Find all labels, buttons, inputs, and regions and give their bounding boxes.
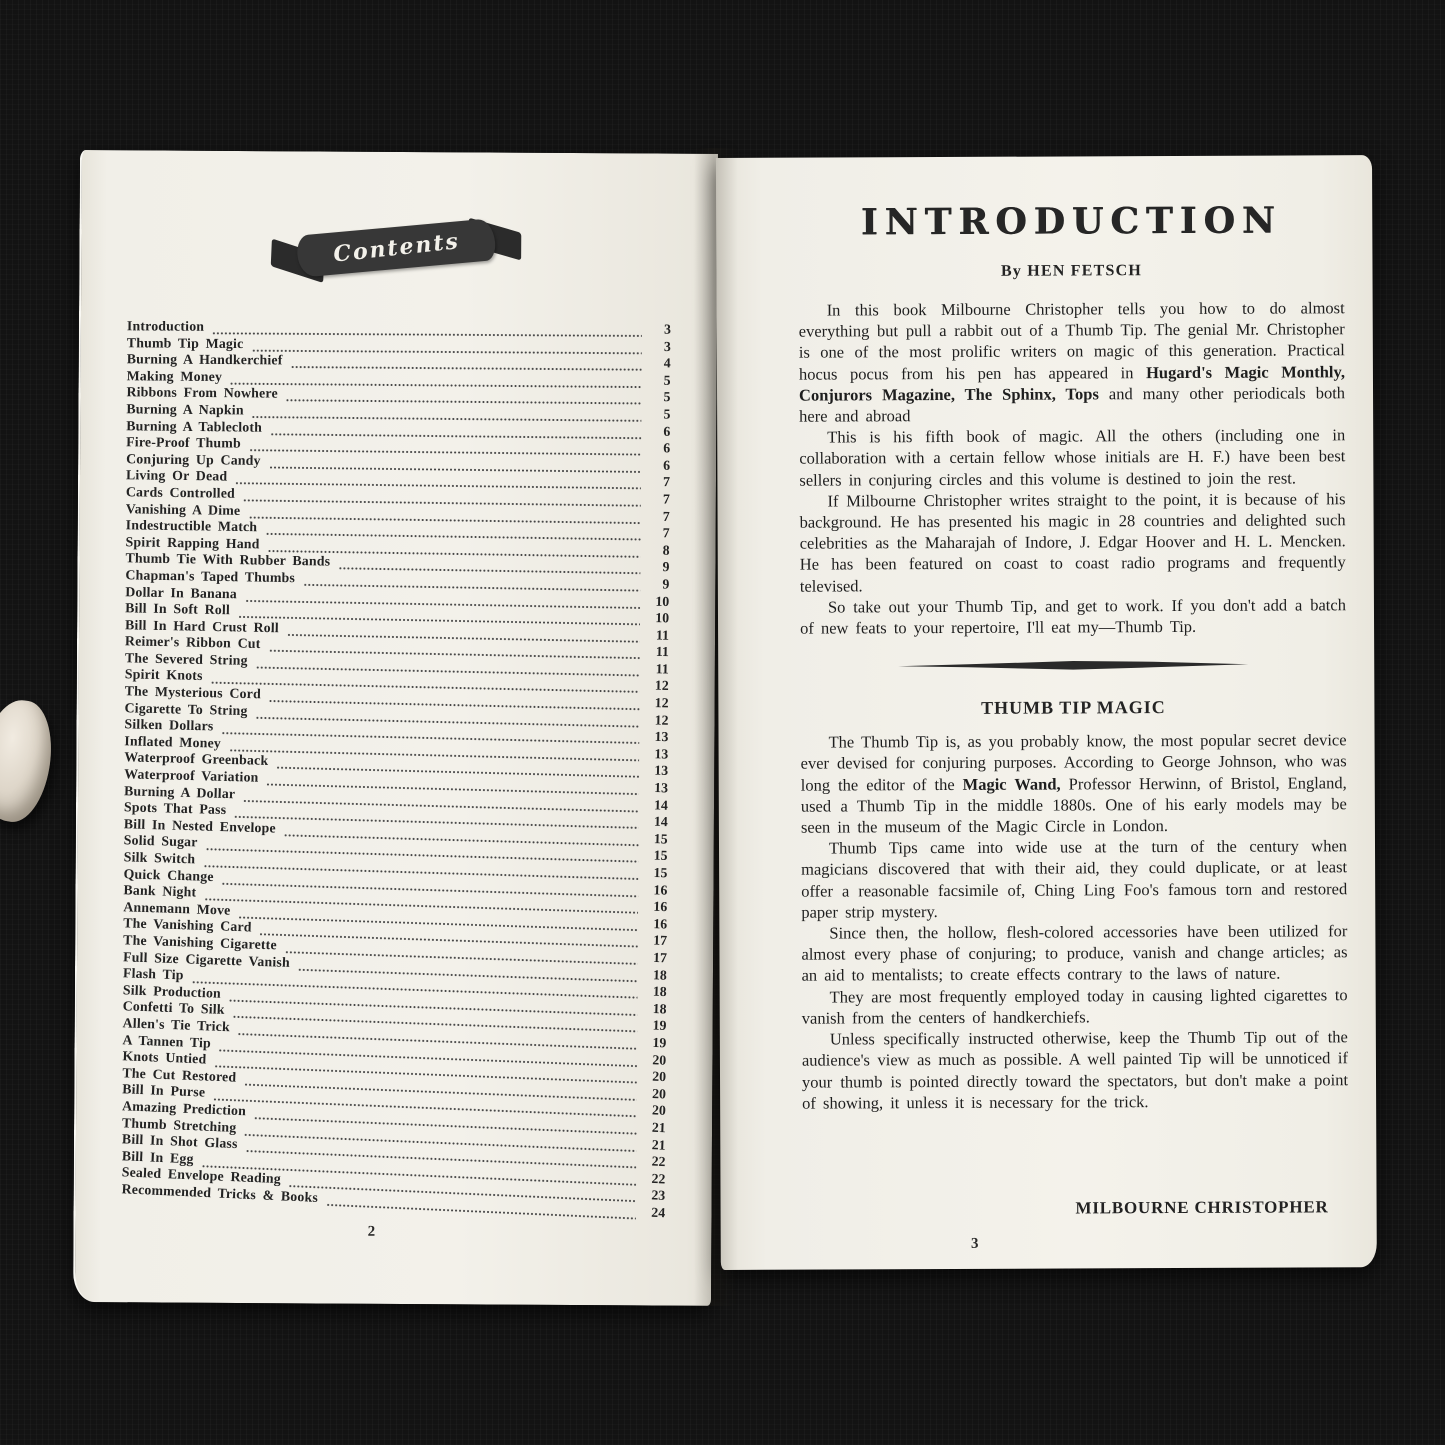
paragraph: So take out your Thumb Tip, and get to w…	[800, 594, 1346, 639]
contents-banner-label: Contents	[332, 228, 461, 267]
toc-entry-page: 16	[641, 882, 667, 899]
toc-entry-page: 16	[641, 899, 668, 916]
toc-entry-page: 13	[642, 729, 668, 746]
toc-entry-page: 6	[644, 440, 670, 457]
text-run: Thumb Tips came into wide use at the tur…	[801, 837, 1347, 922]
toc-entry-page: 20	[640, 1068, 667, 1086]
toc-entry-page: 3	[645, 338, 671, 355]
left-page-number: 2	[53, 1222, 689, 1243]
toc-leader-dots	[212, 321, 642, 337]
bold-run: Magic Wand,	[963, 774, 1061, 793]
toc-entry-page: 3	[645, 321, 671, 338]
introduction-title: INTRODUCTION	[798, 199, 1344, 243]
toc-entry-title: Indestructible Match	[126, 517, 258, 536]
paragraph: Thumb Tips came into wide use at the tur…	[801, 836, 1347, 923]
toc-entry-page: 17	[641, 949, 668, 966]
toc-entry-page: 6	[644, 457, 670, 474]
toc-entry-title: Flash Tip	[123, 965, 184, 984]
toc-entry-page: 21	[639, 1136, 666, 1154]
toc-entry-title: Bill In Soft Roll	[125, 600, 230, 619]
thumb-tip-paragraphs: The Thumb Tip is, as you probably know, …	[801, 730, 1349, 1114]
text-run: Unless specifically instructed otherwise…	[802, 1027, 1348, 1112]
toc-entry-title: Vanishing A Dime	[126, 501, 241, 519]
left-page: Contents Introduction3Thumb Tip Magic3Bu…	[73, 150, 718, 1306]
toc-entry-page: 7	[644, 525, 670, 542]
contents-ribbon-banner: Contents	[271, 218, 523, 289]
toc-entry-page: 7	[644, 474, 670, 491]
ribbon-body: Contents	[296, 218, 497, 278]
paragraph: If Milbourne Christopher writes straight…	[799, 488, 1345, 596]
toc-entry-page: 5	[644, 389, 670, 406]
toc-entry-page: 18	[640, 1000, 667, 1018]
toc-entry-page: 13	[642, 746, 668, 763]
paragraph: In this book Milbourne Christopher tells…	[799, 297, 1346, 427]
paragraph: The Thumb Tip is, as you probably know, …	[801, 730, 1347, 838]
toc-entry-page: 18	[640, 966, 667, 983]
toc-entry-page: 13	[642, 780, 668, 797]
toc-entry-page: 15	[641, 848, 667, 865]
toc-entry-title: Bank Night	[123, 882, 196, 901]
toc-entry-title: Ribbons From Nowhere	[126, 385, 277, 403]
text-run: If Milbourne Christopher writes straight…	[800, 489, 1346, 595]
toc-entry-page: 14	[642, 814, 668, 831]
toc-entry-page: 17	[641, 932, 668, 949]
toc-entry-page: 23	[639, 1187, 666, 1205]
toc-entry-page: 6	[644, 423, 670, 440]
toc-entry-page: 5	[645, 372, 671, 389]
toc-entry-page: 12	[642, 712, 668, 729]
reader-thumb	[0, 696, 59, 827]
toc-entry-title: Living Or Dead	[126, 468, 228, 486]
toc-entry-page: 20	[640, 1102, 667, 1120]
thumb-tip-magic-heading: THUMB TIP MAGIC	[800, 697, 1346, 720]
toc-entry-page: 7	[644, 491, 670, 508]
toc-entry-page: 20	[640, 1085, 667, 1103]
toc-entry-title: Cards Controlled	[126, 484, 235, 502]
intro-paragraphs: In this book Milbourne Christopher tells…	[799, 297, 1346, 639]
toc-entry-title: Fire-Proof Thumb	[126, 434, 241, 452]
toc-entry-page: 16	[641, 916, 668, 933]
toc-entry-page: 9	[643, 559, 669, 576]
right-page: INTRODUCTION By HEN FETSCH In this book …	[716, 155, 1377, 1270]
toc-entry-page: 21	[639, 1119, 666, 1137]
toc-entry-title: Dollar In Banana	[125, 584, 237, 603]
toc-leader-dots	[290, 355, 641, 371]
toc-entry-page: 22	[639, 1153, 666, 1171]
paragraph: Since then, the hollow, flesh-colored ac…	[801, 920, 1347, 986]
text-run: They are most frequently employed today …	[802, 985, 1348, 1028]
toc-entry-page: 9	[643, 576, 669, 593]
paragraph: This is his fifth book of magic. All the…	[799, 424, 1345, 490]
toc-entry-title: Thumb Tip Magic	[127, 335, 244, 352]
toc-entry-page: 18	[640, 983, 667, 1000]
toc-entry-page: 11	[643, 644, 669, 661]
toc-entry-title: Solid Sugar	[124, 833, 198, 852]
text-run: So take out your Thumb Tip, and get to w…	[800, 595, 1346, 638]
toc-leader-dots	[251, 338, 641, 354]
toc-entry-page: 15	[641, 865, 667, 882]
toc-entry-page: 12	[642, 678, 668, 695]
toc-entry-title: Introduction	[127, 318, 204, 335]
toc-entry-title: Spirit Knots	[125, 667, 203, 685]
toc-entry-page: 10	[643, 610, 669, 627]
toc-entry-page: 14	[642, 797, 668, 814]
paragraph: They are most frequently employed today …	[802, 984, 1348, 1029]
toc-entry-title: Conjuring Up Candy	[126, 451, 261, 469]
toc-entry-page: 22	[639, 1170, 666, 1188]
toc-entry-page: 13	[642, 763, 668, 780]
toc-entry-page: 4	[645, 355, 671, 372]
toc-entry-page: 5	[644, 406, 670, 423]
toc-entry-page: 11	[643, 627, 669, 644]
toc-entry-page: 15	[641, 831, 667, 848]
toc-entry-page: 12	[642, 695, 668, 712]
toc-entry-title: Burning A Handkerchief	[127, 351, 283, 369]
toc-entry-page: 10	[643, 593, 669, 610]
toc-list: Introduction3Thumb Tip Magic3Burning A H…	[122, 318, 671, 1201]
toc-entry-title: Burning A Tablecloth	[126, 418, 262, 436]
toc-entry-title: Burning A Napkin	[126, 401, 244, 419]
toc-entry-page: 11	[643, 661, 669, 678]
text-run: Since then, the hollow, flesh-colored ac…	[801, 921, 1347, 985]
right-page-content: INTRODUCTION By HEN FETSCH In this book …	[716, 155, 1377, 1270]
toc-entry-page: 8	[643, 542, 669, 559]
toc-entry-page: 19	[640, 1017, 667, 1035]
toc-entry-page: 19	[640, 1034, 667, 1052]
introduction-byline: By HEN FETSCH	[798, 261, 1344, 281]
photo-background: Contents Introduction3Thumb Tip Magic3Bu…	[0, 0, 1445, 1445]
toc-entry-page: 20	[640, 1051, 667, 1069]
toc-entry-title: Making Money	[127, 368, 223, 385]
toc-entry-title: Silken Dollars	[124, 717, 213, 736]
section-divider	[898, 659, 1248, 673]
author-signature: MILBOURNE CHRISTOPHER	[1075, 1197, 1328, 1218]
paragraph: Unless specifically instructed otherwise…	[802, 1026, 1348, 1113]
toc-entry-page: 24	[639, 1204, 666, 1222]
toc-entry-title: Silk Switch	[123, 849, 195, 868]
toc-entry-page: 7	[644, 508, 670, 525]
right-page-number: 3	[647, 1234, 1303, 1254]
text-run: This is his fifth book of magic. All the…	[799, 425, 1345, 489]
